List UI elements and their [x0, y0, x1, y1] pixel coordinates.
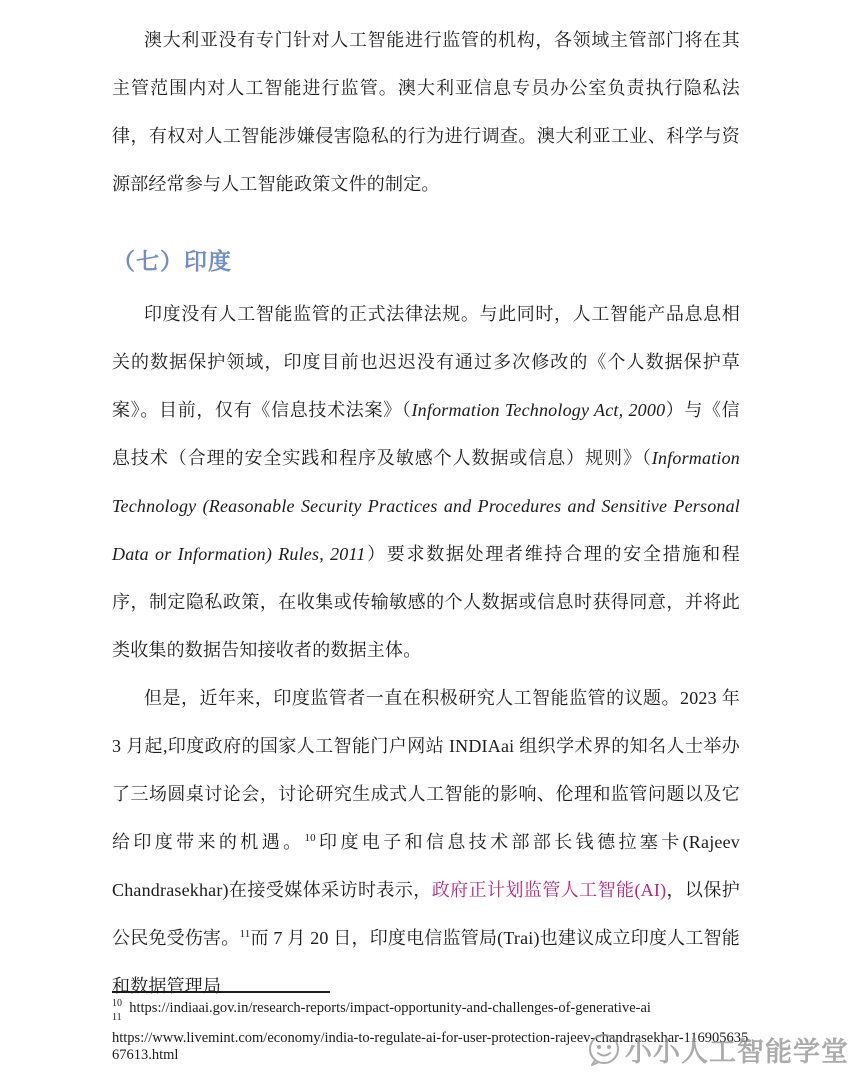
footnote-separator-line [112, 991, 330, 993]
document-page: 澳大利亚没有专门针对人工智能进行监管的机构，各领域主管部门将在其主管范围内对人工… [0, 0, 851, 1085]
footnote-ref-10[interactable]: 10 [304, 832, 315, 844]
paragraph-india-recent: 但是，近年来，印度监管者一直在积极研究人工智能监管的议题。2023 年 3 月起… [112, 674, 740, 1010]
document-body: 澳大利亚没有专门针对人工智能进行监管的机构，各领域主管部门将在其主管范围内对人工… [112, 16, 740, 1010]
text-run-highlight-pink: 政府正计划监管人工智能(AI) [432, 880, 667, 900]
paragraph-australia: 澳大利亚没有专门针对人工智能进行监管的机构，各领域主管部门将在其主管范围内对人工… [112, 16, 740, 208]
paragraph-india-laws: 印度没有人工智能监管的正式法律法规。与此同时，人工智能产品息息相关的数据保护领域… [112, 290, 740, 674]
footnote-10: 10 https://indiaai.gov.in/research-repor… [112, 1000, 752, 1018]
footnote-11-marker: 11 [112, 1018, 752, 1030]
text-run: 但是，近年来，印度监管者一直在积极研究人工智能监管的议题。2023 年 3 月起… [112, 688, 740, 852]
footnote-11: 11https://www.livemint.com/economy/india… [112, 1018, 752, 1065]
footnote-10-url-link[interactable]: https://indiaai.gov.in/research-reports/… [129, 1000, 651, 1016]
section-heading-india: （七）印度 [112, 244, 740, 280]
footnotes-section: 10 https://indiaai.gov.in/research-repor… [112, 991, 752, 1065]
footnote-10-marker: 10 [112, 998, 122, 1009]
footnote-11-url-link[interactable]: https://www.livemint.com/economy/india-t… [112, 1030, 748, 1064]
text-run-italic-act-2000: Information Technology Act, 2000 [411, 400, 665, 420]
footnote-ref-11[interactable]: 11 [239, 928, 250, 940]
